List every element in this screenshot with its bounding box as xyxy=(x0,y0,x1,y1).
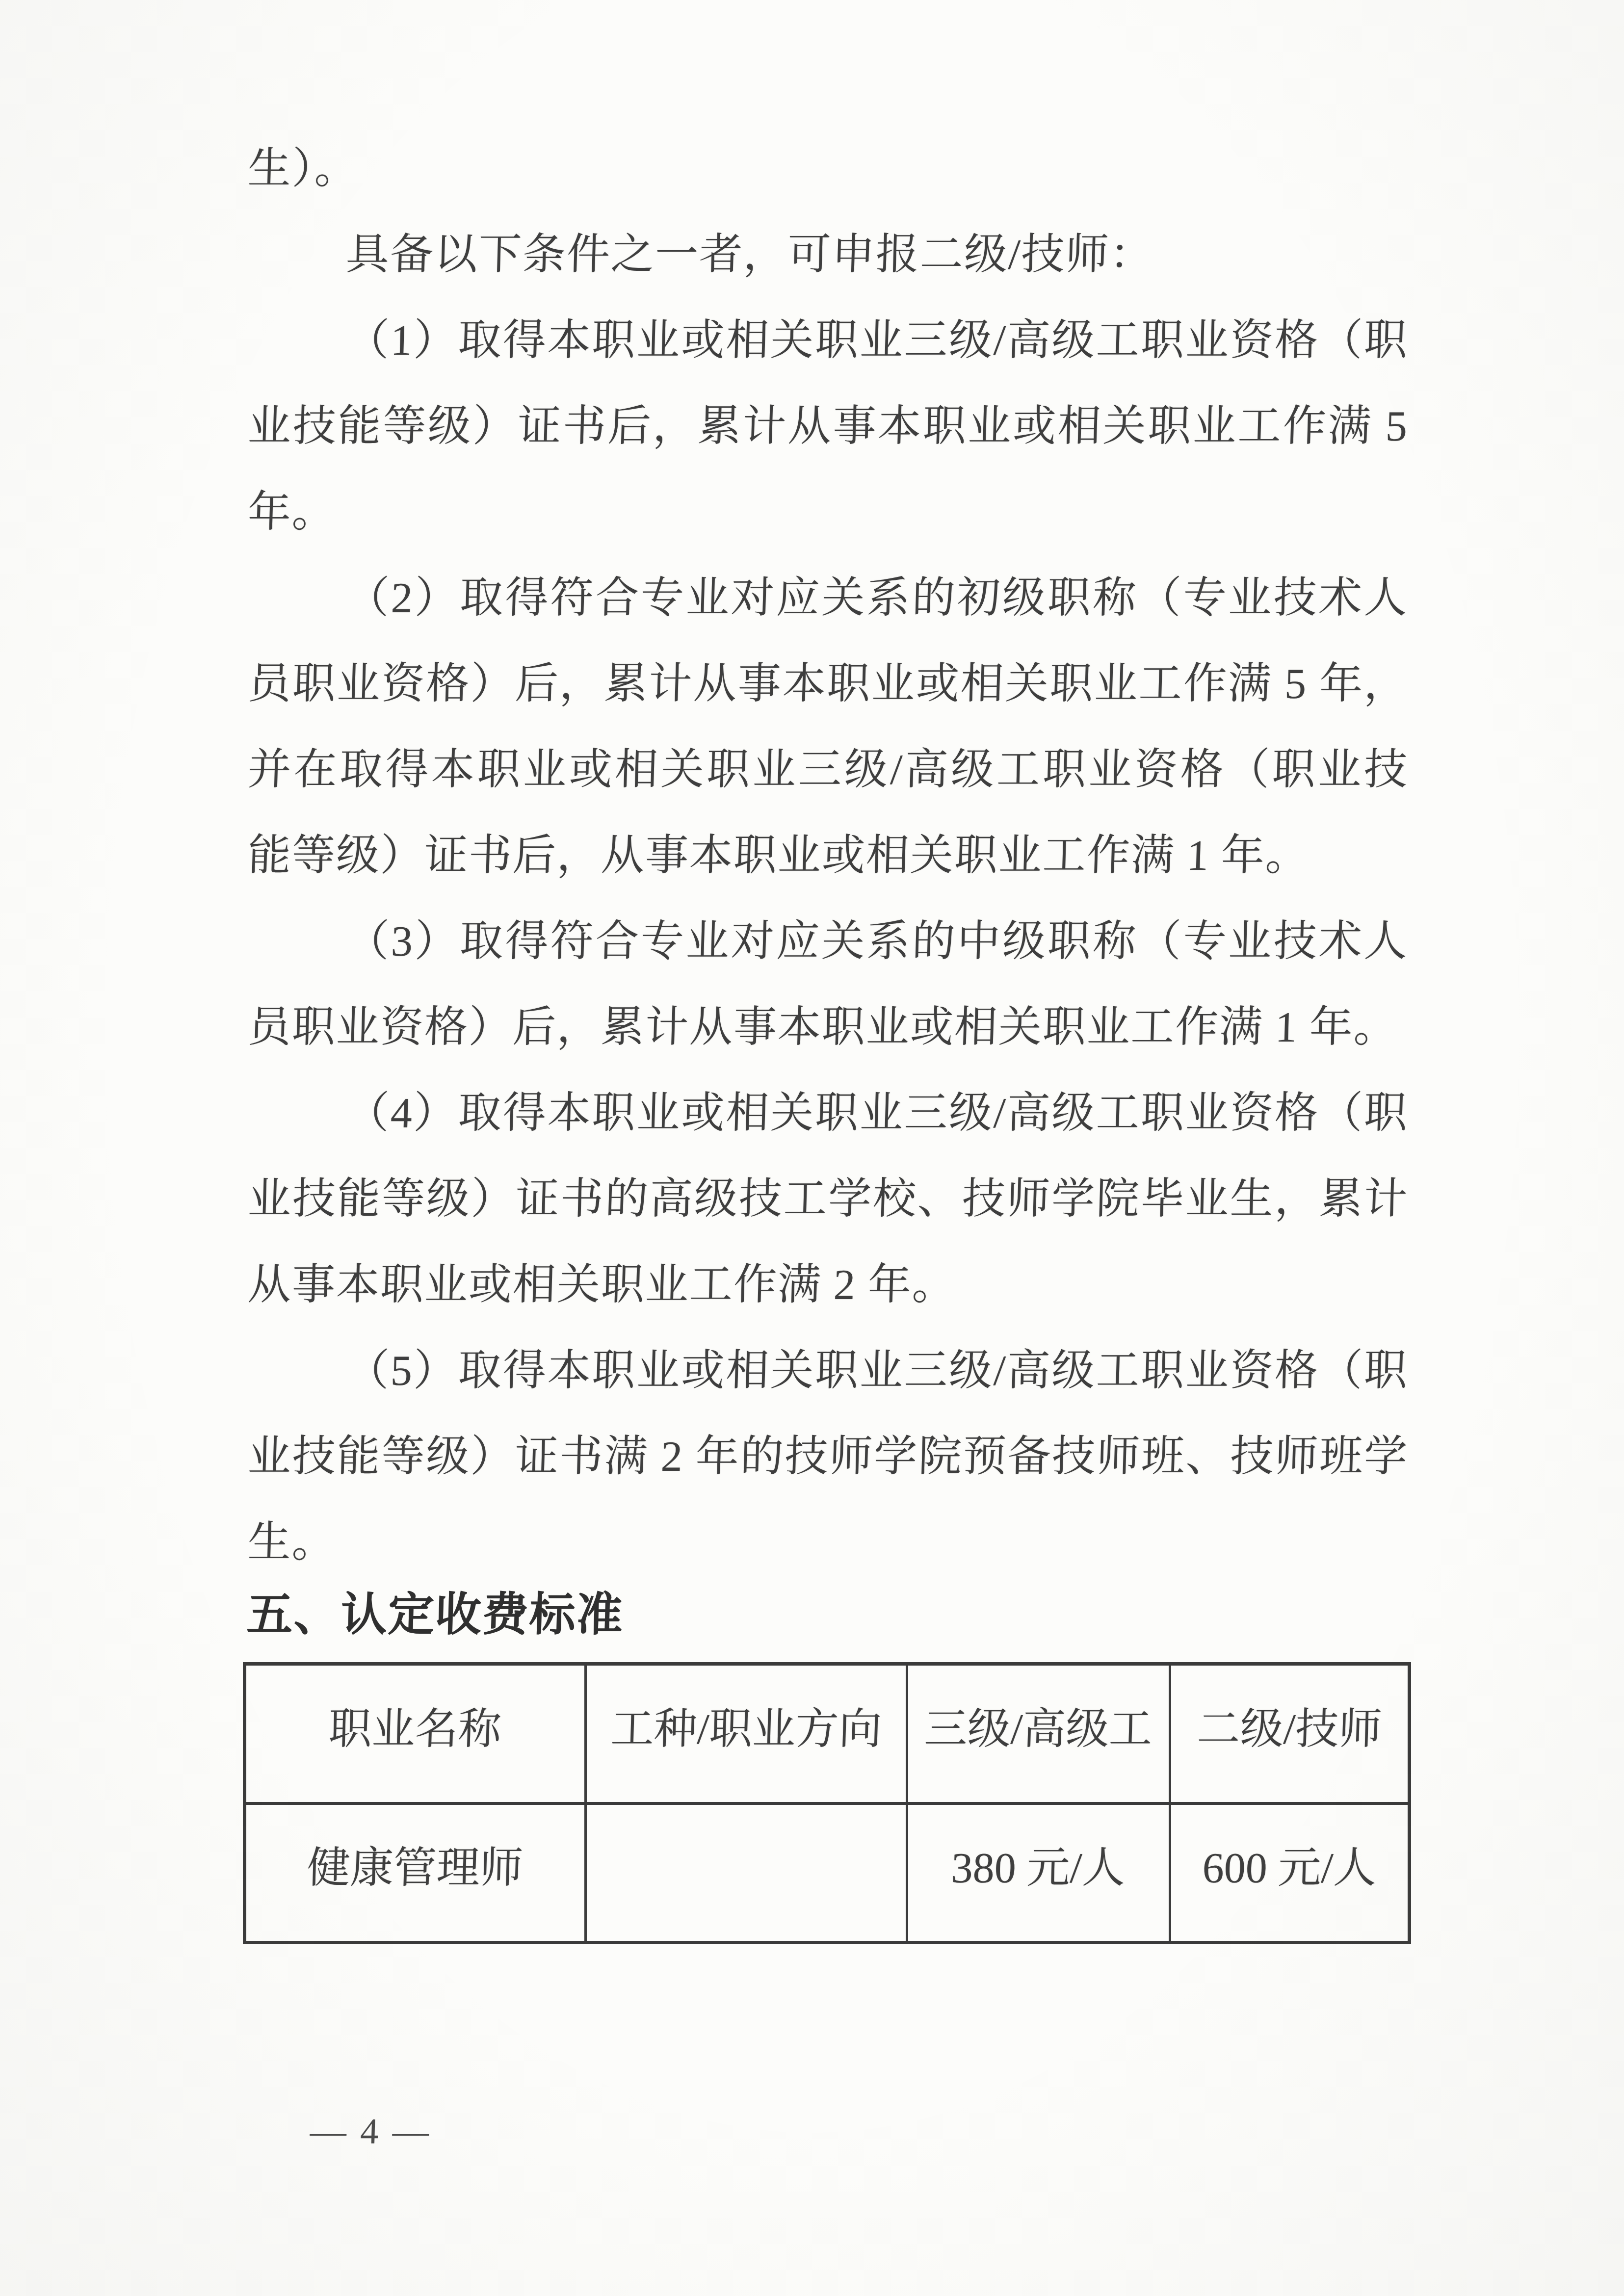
level2-price-text: 600 元/人 xyxy=(1202,1833,1377,1895)
level3-price-text: 380 元/人 xyxy=(951,1833,1126,1895)
text-line: （3）取得符合专业对应关系的中级职称（专业技术人 xyxy=(247,899,1410,985)
text-line: 从事本职业或相关职业工作满 2 年。 xyxy=(247,1242,1410,1328)
section-heading-fee-standard: 五、认定收费标准 xyxy=(247,1571,624,1657)
header-level3-text: 三级/高级工 xyxy=(924,1695,1153,1756)
text-line: 业技能等级）证书的高级技工学校、技师学院毕业生，累计 xyxy=(247,1156,1410,1242)
fee-cell-level2-price: 600 元/人 xyxy=(1170,1803,1410,1943)
fee-table-header-work-direction: 工种/职业方向 xyxy=(586,1664,907,1803)
fee-table-header-row: 职业名称 工种/职业方向 三级/高级工 二级/技师 xyxy=(245,1664,1410,1803)
fee-table-header-level2: 二级/技师 xyxy=(1170,1664,1410,1803)
text-line: 年。 xyxy=(247,470,1410,555)
page-number-text: — 4 — xyxy=(309,2089,433,2175)
text-line: 员职业资格）后，累计从事本职业或相关职业工作满 5 年， xyxy=(247,641,1410,727)
text-line: 具备以下条件之一者，可申报二级/技师： xyxy=(247,212,1410,298)
header-level2-text: 二级/技师 xyxy=(1196,1695,1383,1756)
text-line: 业技能等级）证书满 2 年的技师学院预备技师班、技师班学 xyxy=(247,1414,1410,1500)
page-number: — 4 — xyxy=(310,2089,431,2175)
header-occupation-text: 职业名称 xyxy=(328,1695,503,1756)
fee-cell-work-direction xyxy=(586,1803,907,1943)
fee-cell-occupation: 健康管理师 xyxy=(245,1803,586,1943)
text-line: （2）取得符合专业对应关系的初级职称（专业技术人 xyxy=(247,555,1410,641)
header-work-direction-text: 工种/职业方向 xyxy=(610,1695,883,1756)
fee-standard-table: 职业名称 工种/职业方向 三级/高级工 二级/技师 健康管理师 380 元/人 … xyxy=(243,1662,1411,1944)
fee-table-data-row: 健康管理师 380 元/人 600 元/人 xyxy=(245,1803,1410,1943)
text-line: 并在取得本职业或相关职业三级/高级工职业资格（职业技 xyxy=(247,727,1410,813)
text-line: 员职业资格）后，累计从事本职业或相关职业工作满 1 年。 xyxy=(247,985,1410,1070)
text-line: 业技能等级）证书后，累计从事本职业或相关职业工作满 5 xyxy=(247,384,1410,470)
text-line: （5）取得本职业或相关职业三级/高级工职业资格（职 xyxy=(247,1328,1410,1414)
text-line: （1）取得本职业或相关职业三级/高级工职业资格（职 xyxy=(247,298,1410,384)
text-line: （4）取得本职业或相关职业三级/高级工职业资格（职 xyxy=(247,1070,1410,1156)
text-line: 生）。 xyxy=(247,126,1410,212)
scanned-document-page: 生）。 具备以下条件之一者，可申报二级/技师： （1）取得本职业或相关职业三级/… xyxy=(0,0,1624,2296)
fee-cell-level3-price: 380 元/人 xyxy=(907,1803,1170,1943)
text-line: 能等级）证书后，从事本职业或相关职业工作满 1 年。 xyxy=(247,813,1410,899)
fee-table-header-level3: 三级/高级工 xyxy=(907,1664,1170,1803)
fee-table-header-occupation: 职业名称 xyxy=(245,1664,586,1803)
occupation-name-text: 健康管理师 xyxy=(307,1833,524,1895)
section-heading-text: 五、认定收费标准 xyxy=(246,1571,625,1657)
body-text-block: 生）。 具备以下条件之一者，可申报二级/技师： （1）取得本职业或相关职业三级/… xyxy=(248,126,1408,1586)
